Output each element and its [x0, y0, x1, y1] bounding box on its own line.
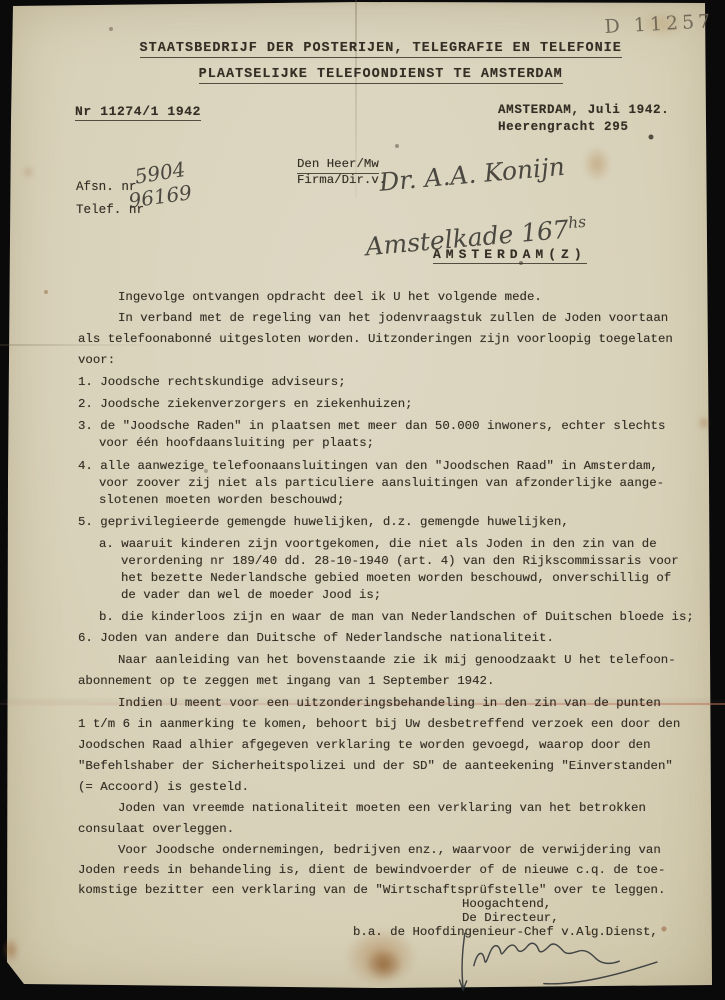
body-line: "Befehlshaber der Sicherheitspolizei und… [78, 759, 673, 774]
body-line: Ingevolge ontvangen opdracht deel ik U h… [118, 290, 542, 305]
signature-scrawl [440, 928, 680, 998]
sender-street: Heerengracht 295 [498, 120, 629, 135]
list-item-4-cont: voor zoover zij niet als particuliere aa… [99, 476, 664, 491]
reference-number: Nr 11274/1 1942 [75, 104, 201, 121]
body-line: Joden van vreemde nationaliteit moeten e… [118, 801, 646, 816]
addressee-street-suffix: hs [567, 213, 586, 232]
list-item-5a-cont: de vader dan wel de moeder Jood is; [121, 588, 381, 603]
body-line: Joodschen Raad alhier afgegeven verklari… [78, 738, 651, 753]
list-item-5a: a. waaruit kinderen zijn voortgekomen, d… [99, 537, 657, 552]
paper-specks [0, 0, 2, 2]
list-item-5a-cont: het bezette Nederlandsche gebied moeten … [121, 571, 671, 586]
body-line: voor: [78, 353, 115, 368]
list-item-4: 4. alle aanwezige telefoonaansluitingen … [78, 459, 658, 474]
letterhead-line2: PLAATSELIJKE TELEFOONDIENST TE AMSTERDAM [0, 52, 725, 99]
addressee-firm-label: Firma/Dir.v. [297, 173, 386, 188]
body-line: Joden reeds in behandeling is, dient de … [78, 863, 665, 878]
scanned-letter: D 11257 STAATSBEDRIJF DER POSTERIJEN, TE… [0, 0, 725, 1000]
body-line: Indien U meent voor een uitzonderingsbeh… [118, 696, 661, 711]
list-item-5b: b. die kinderloos zijn en waar de man va… [99, 610, 694, 625]
addressee-salutation: Den Heer/Mw [297, 157, 379, 174]
body-line: als telefoonabonné uitgesloten worden. U… [78, 332, 673, 347]
body-line: Voor Joodsche ondernemingen, bedrijven e… [118, 843, 661, 858]
list-item-4-cont: slotenen moeten worden beschouwd; [99, 493, 344, 508]
body-line: (= Accoord) is gesteld. [78, 780, 249, 795]
body-line: abonnement op te zeggen met ingang van 1… [78, 674, 494, 689]
list-item-1: 1. Joodsche rechtskundige adviseurs; [78, 375, 346, 390]
list-item-2: 2. Joodsche ziekenverzorgers en ziekenhu… [78, 397, 413, 412]
closing-salutation: Hoogachtend, [462, 897, 551, 912]
body-line: Naar aanleiding van het bovenstaande zie… [118, 653, 676, 668]
place-date: AMSTERDAM, Juli 1942. [498, 103, 669, 118]
addressee-city: AMSTERDAM(Z) [433, 247, 587, 264]
body-line: consulaat overleggen. [78, 822, 234, 837]
list-item-3: 3. de "Joodsche Raden" in plaatsen met m… [78, 419, 665, 434]
closing-title: De Directeur, [462, 911, 559, 926]
list-item-3-cont: voor één hoofdaansluiting per plaats; [99, 436, 374, 451]
body-line: 1 t/m 6 in aanmerking te komen, behoort … [78, 717, 680, 732]
list-item-6: 6. Joden van andere dan Duitsche of Nede… [78, 631, 554, 646]
list-item-5: 5. geprivilegieerde gemengde huwelijken,… [78, 515, 569, 530]
letterhead-line2-text: PLAATSELIJKE TELEFOONDIENST TE AMSTERDAM [199, 67, 563, 84]
body-line: In verband met de regeling van het joden… [118, 311, 668, 326]
body-line: komstige bezitter een verklaring van de … [78, 883, 665, 898]
list-item-5a-cont: verordening nr 189/40 dd. 28-10-1940 (ar… [121, 554, 679, 569]
